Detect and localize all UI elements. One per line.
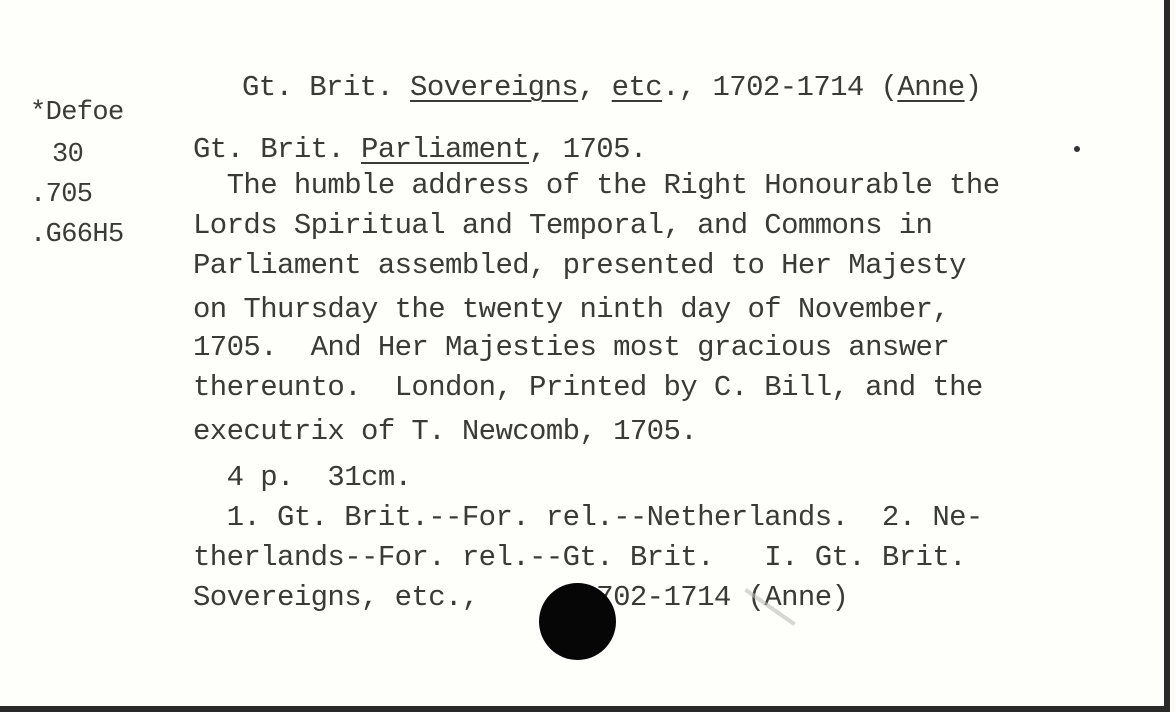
call-number-line-2: 30 (52, 136, 83, 174)
body-line: Lords Spiritual and Temporal, and Common… (193, 206, 932, 246)
main-entry-line: Gt. Brit. Parliament, 1705. (193, 130, 647, 170)
main-entry-suffix: , 1705. (529, 133, 647, 166)
main-entry-prefix: Gt. Brit. (193, 133, 361, 166)
tracing-line: therlands--For. rel.--Gt. Brit. I. Gt. B… (193, 538, 966, 578)
body-line: The humble address of the Right Honourab… (193, 166, 1000, 206)
call-number-line-4: .G66H5 (30, 216, 124, 254)
main-entry-parliament: Parliament (361, 133, 529, 166)
heading-anne: Anne (897, 71, 964, 104)
heading-sovereigns: Sovereigns (410, 71, 578, 104)
body-line: thereunto. London, Printed by C. Bill, a… (193, 368, 983, 408)
body-line: 1705. And Her Majesties most gracious an… (193, 328, 949, 368)
tracing-line: Sovereigns, etc., 1702-1714 (Anne) (193, 578, 848, 618)
heading-line: Gt. Brit. Sovereigns, etc., 1702-1714 (A… (242, 68, 981, 108)
tracing-line: 1. Gt. Brit.--For. rel.--Netherlands. 2.… (193, 498, 983, 538)
collation-line: 4 p. 31cm. (193, 458, 411, 498)
call-number-line-3: .705 (30, 176, 92, 214)
card-punch-hole (539, 583, 616, 660)
heading-etc: etc (612, 71, 662, 104)
heading-prefix: Gt. Brit. (242, 71, 410, 104)
heading-dates: ., 1702-1714 ( (662, 71, 897, 104)
stray-dot (1074, 146, 1080, 152)
catalog-card: *Defoe 30 .705 .G66H5 Gt. Brit. Sovereig… (0, 0, 1170, 712)
heading-comma: , (578, 71, 612, 104)
call-number-line-1: *Defoe (30, 94, 124, 132)
body-line: executrix of T. Newcomb, 1705. (193, 412, 697, 452)
heading-end: ) (965, 71, 982, 104)
body-line: on Thursday the twenty ninth day of Nove… (193, 290, 949, 330)
body-line: Parliament assembled, presented to Her M… (193, 246, 966, 286)
